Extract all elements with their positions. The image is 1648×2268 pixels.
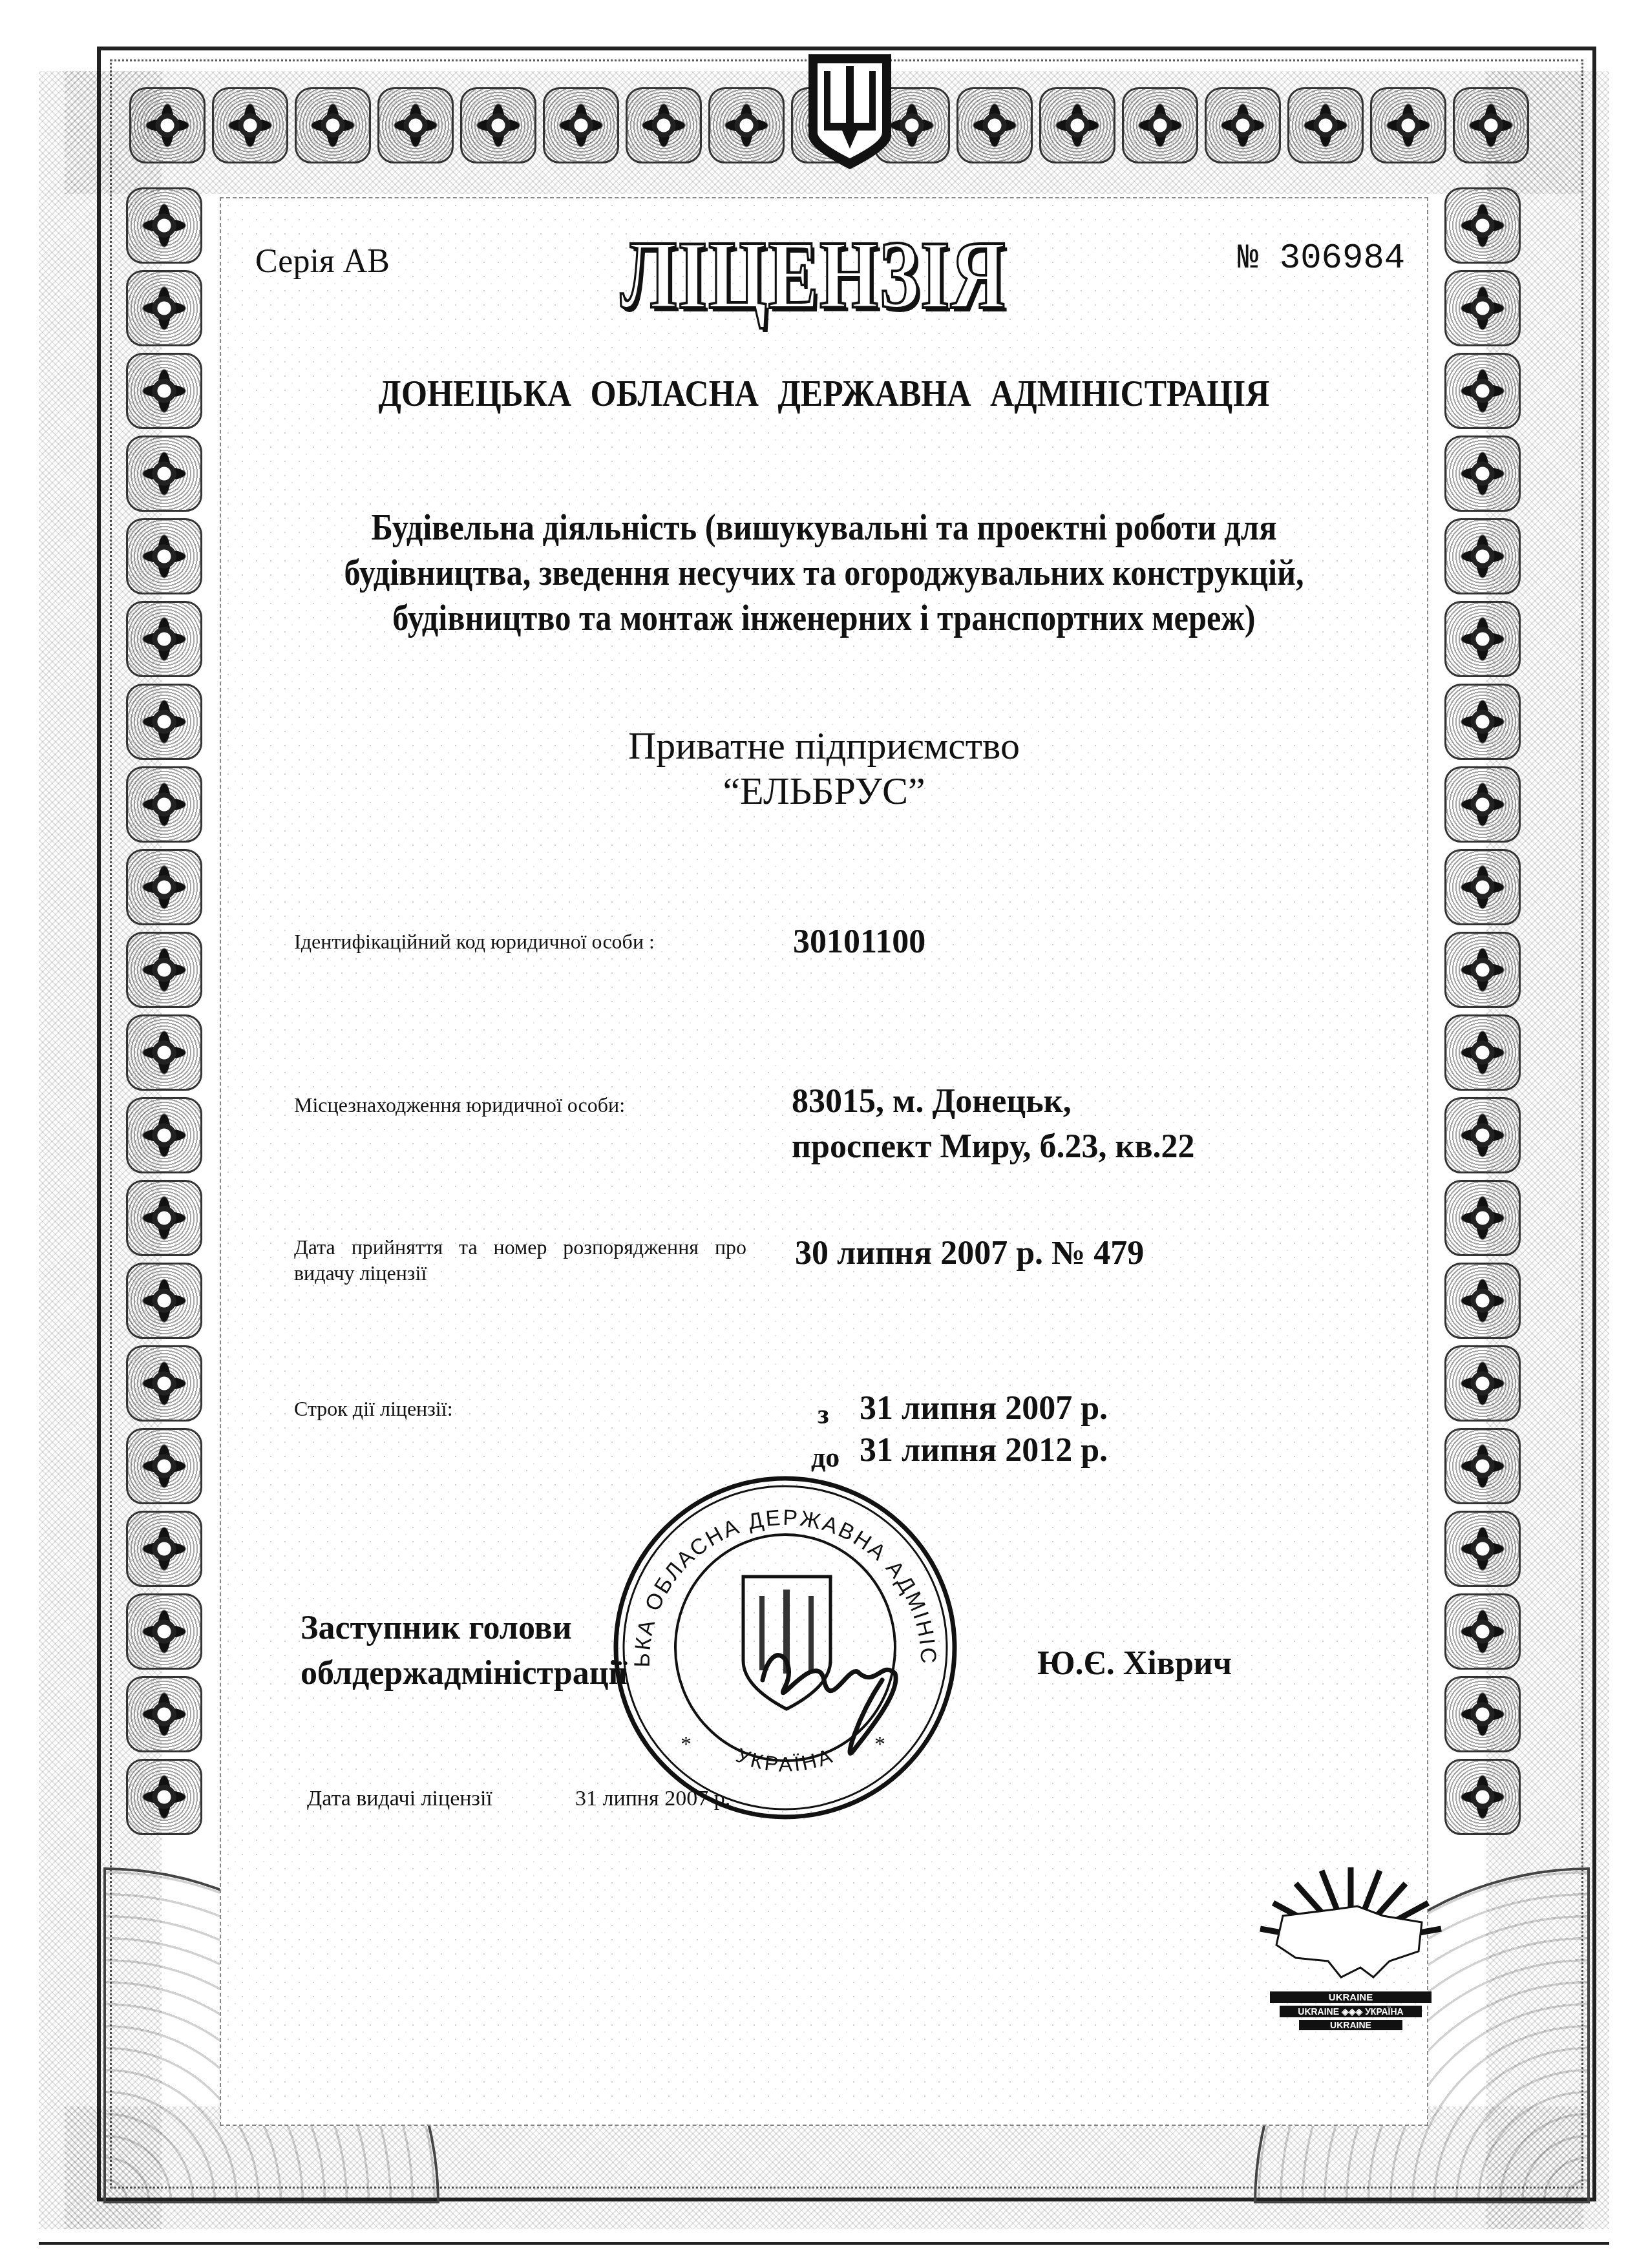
border-ornament-tile	[1287, 87, 1364, 163]
validity-label: Строк дії ліцензії:	[294, 1396, 453, 1422]
licensee-name: “ЕЛЬБРУС”	[0, 769, 1648, 814]
border-ornament-tile	[460, 87, 536, 163]
border-ornament-tile	[126, 1097, 202, 1173]
svg-text:*: *	[681, 1732, 692, 1756]
stamp-outer-text: ДОНЕЦЬКА ОБЛАСНА ДЕРЖАВНА АДМІНІСТРАЦІЯ	[604, 1467, 940, 1668]
border-ornament-tile	[126, 1180, 202, 1256]
decision-value: 30 липня 2007 р. № 479	[795, 1234, 1144, 1272]
stamp-bottom-text: УКРАЇНА	[733, 1743, 837, 1776]
decision-label: Дата прийняття та номер розпорядження пр…	[294, 1234, 746, 1286]
border-ornament-tile	[126, 1428, 202, 1504]
border-ornament-tile	[126, 849, 202, 925]
svg-text:УКРАЇНА: УКРАЇНА	[733, 1743, 837, 1776]
scan-edge-line	[39, 2242, 1609, 2245]
activity-line-2: будівництва, зведення несучих та огородж…	[83, 552, 1566, 594]
hologram-text-2: UKRAINE ◈◈◈ УКРАЇНА	[1298, 2006, 1403, 2017]
border-ornament-tile	[126, 1759, 202, 1835]
signatory-role-line-1: Заступник голови	[301, 1609, 572, 1647]
border-ornament-tile	[377, 87, 454, 163]
validity-from-date: 31 липня 2007 р.	[860, 1389, 1108, 1427]
border-ornament-tile	[1453, 87, 1529, 163]
border-ornament-tile	[1205, 87, 1281, 163]
border-ornament-tile	[1444, 1263, 1521, 1339]
border-tiles-left	[126, 187, 202, 1835]
border-ornament-tile	[295, 87, 371, 163]
svg-text:*: *	[874, 1732, 885, 1756]
border-ornament-tile	[1444, 1759, 1521, 1835]
border-ornament-tile	[1444, 187, 1521, 264]
border-ornament-tile	[126, 1593, 202, 1670]
address-line-2: проспект Миру, б.23, кв.22	[792, 1128, 1195, 1166]
address-label: Місцезнаходження юридичної особи:	[294, 1092, 625, 1118]
hologram-text-1: UKRAINE	[1329, 1992, 1373, 2003]
issue-date-label: Дата видачі ліцензії	[307, 1787, 492, 1811]
validity-from-prefix: з	[818, 1398, 829, 1431]
document-title: ЛІЦЕНЗІЯ	[620, 220, 1006, 331]
border-ornament-tile	[1122, 87, 1198, 163]
border-ornament-tile	[126, 187, 202, 264]
border-ornament-tile	[1444, 932, 1521, 1008]
border-ornament-tile	[126, 436, 202, 512]
border-ornament-tile	[1370, 87, 1446, 163]
address-line-1: 83015, м. Донецьк,	[792, 1082, 1072, 1120]
border-ornament-tile	[543, 87, 619, 163]
ukraine-map-hologram-icon: UKRAINE UKRAINE ◈◈◈ УКРАЇНА UKRAINE	[1244, 1848, 1457, 2035]
border-ornament-tile	[126, 1263, 202, 1339]
border-ornament-tile	[1444, 1511, 1521, 1587]
border-ornament-tile	[1444, 1014, 1521, 1091]
series-label: Серія АВ	[255, 242, 390, 280]
official-stamp: ДОНЕЦЬКА ОБЛАСНА ДЕРЖАВНА АДМІНІСТРАЦІЯ …	[604, 1467, 966, 1829]
border-ornament-tile	[1444, 1676, 1521, 1752]
signatory-role-line-2: облдержадміністрації	[301, 1654, 628, 1692]
border-ornament-tile	[1444, 1593, 1521, 1670]
border-ornament-tile	[1039, 87, 1115, 163]
border-ornament-tile	[126, 1014, 202, 1091]
border-ornament-tile	[126, 270, 202, 346]
border-ornament-tile	[1444, 436, 1521, 512]
signatory-name: Ю.Є. Хіврич	[1037, 1644, 1232, 1683]
border-ornament-tile	[1444, 1180, 1521, 1256]
border-ornament-tile	[626, 87, 702, 163]
hologram-text-3: UKRAINE	[1330, 2020, 1371, 2030]
svg-text:ДОНЕЦЬКА ОБЛАСНА ДЕРЖАВНА АДМІ: ДОНЕЦЬКА ОБЛАСНА ДЕРЖАВНА АДМІНІСТРАЦІЯ	[604, 1467, 940, 1668]
border-ornament-tile	[126, 1345, 202, 1422]
border-ornament-tile	[1444, 1097, 1521, 1173]
border-ornament-tile	[1444, 849, 1521, 925]
activity-line-1: Будівельна діяльність (вишукувальні та п…	[83, 507, 1566, 549]
coat-of-arms-trident-icon	[805, 52, 895, 171]
issuing-authority: ДОНЕЦЬКА ОБЛАСНА ДЕРЖАВНА АДМІНІСТРАЦІЯ	[66, 373, 1582, 415]
id-code-label: Ідентифікаційний код юридичної особи :	[294, 929, 730, 954]
border-ornament-tile	[126, 1511, 202, 1587]
licensee-type: Приватне підприємство	[0, 724, 1648, 768]
activity-line-3: будівництво та монтаж інженерних і транс…	[83, 598, 1566, 639]
border-tiles-right	[1444, 187, 1521, 1835]
validity-to-date: 31 липня 2012 р.	[860, 1431, 1108, 1469]
border-ornament-tile	[1444, 270, 1521, 346]
border-ornament-tile	[129, 87, 206, 163]
border-ornament-tile	[1444, 1428, 1521, 1504]
border-ornament-tile	[708, 87, 785, 163]
border-ornament-tile	[956, 87, 1033, 163]
border-ornament-tile	[1444, 1345, 1521, 1422]
border-ornament-tile	[212, 87, 288, 163]
border-ornament-tile	[126, 932, 202, 1008]
license-number: № 306984	[1238, 239, 1405, 278]
border-ornament-tile	[126, 1676, 202, 1752]
id-code-value: 30101100	[793, 923, 925, 961]
